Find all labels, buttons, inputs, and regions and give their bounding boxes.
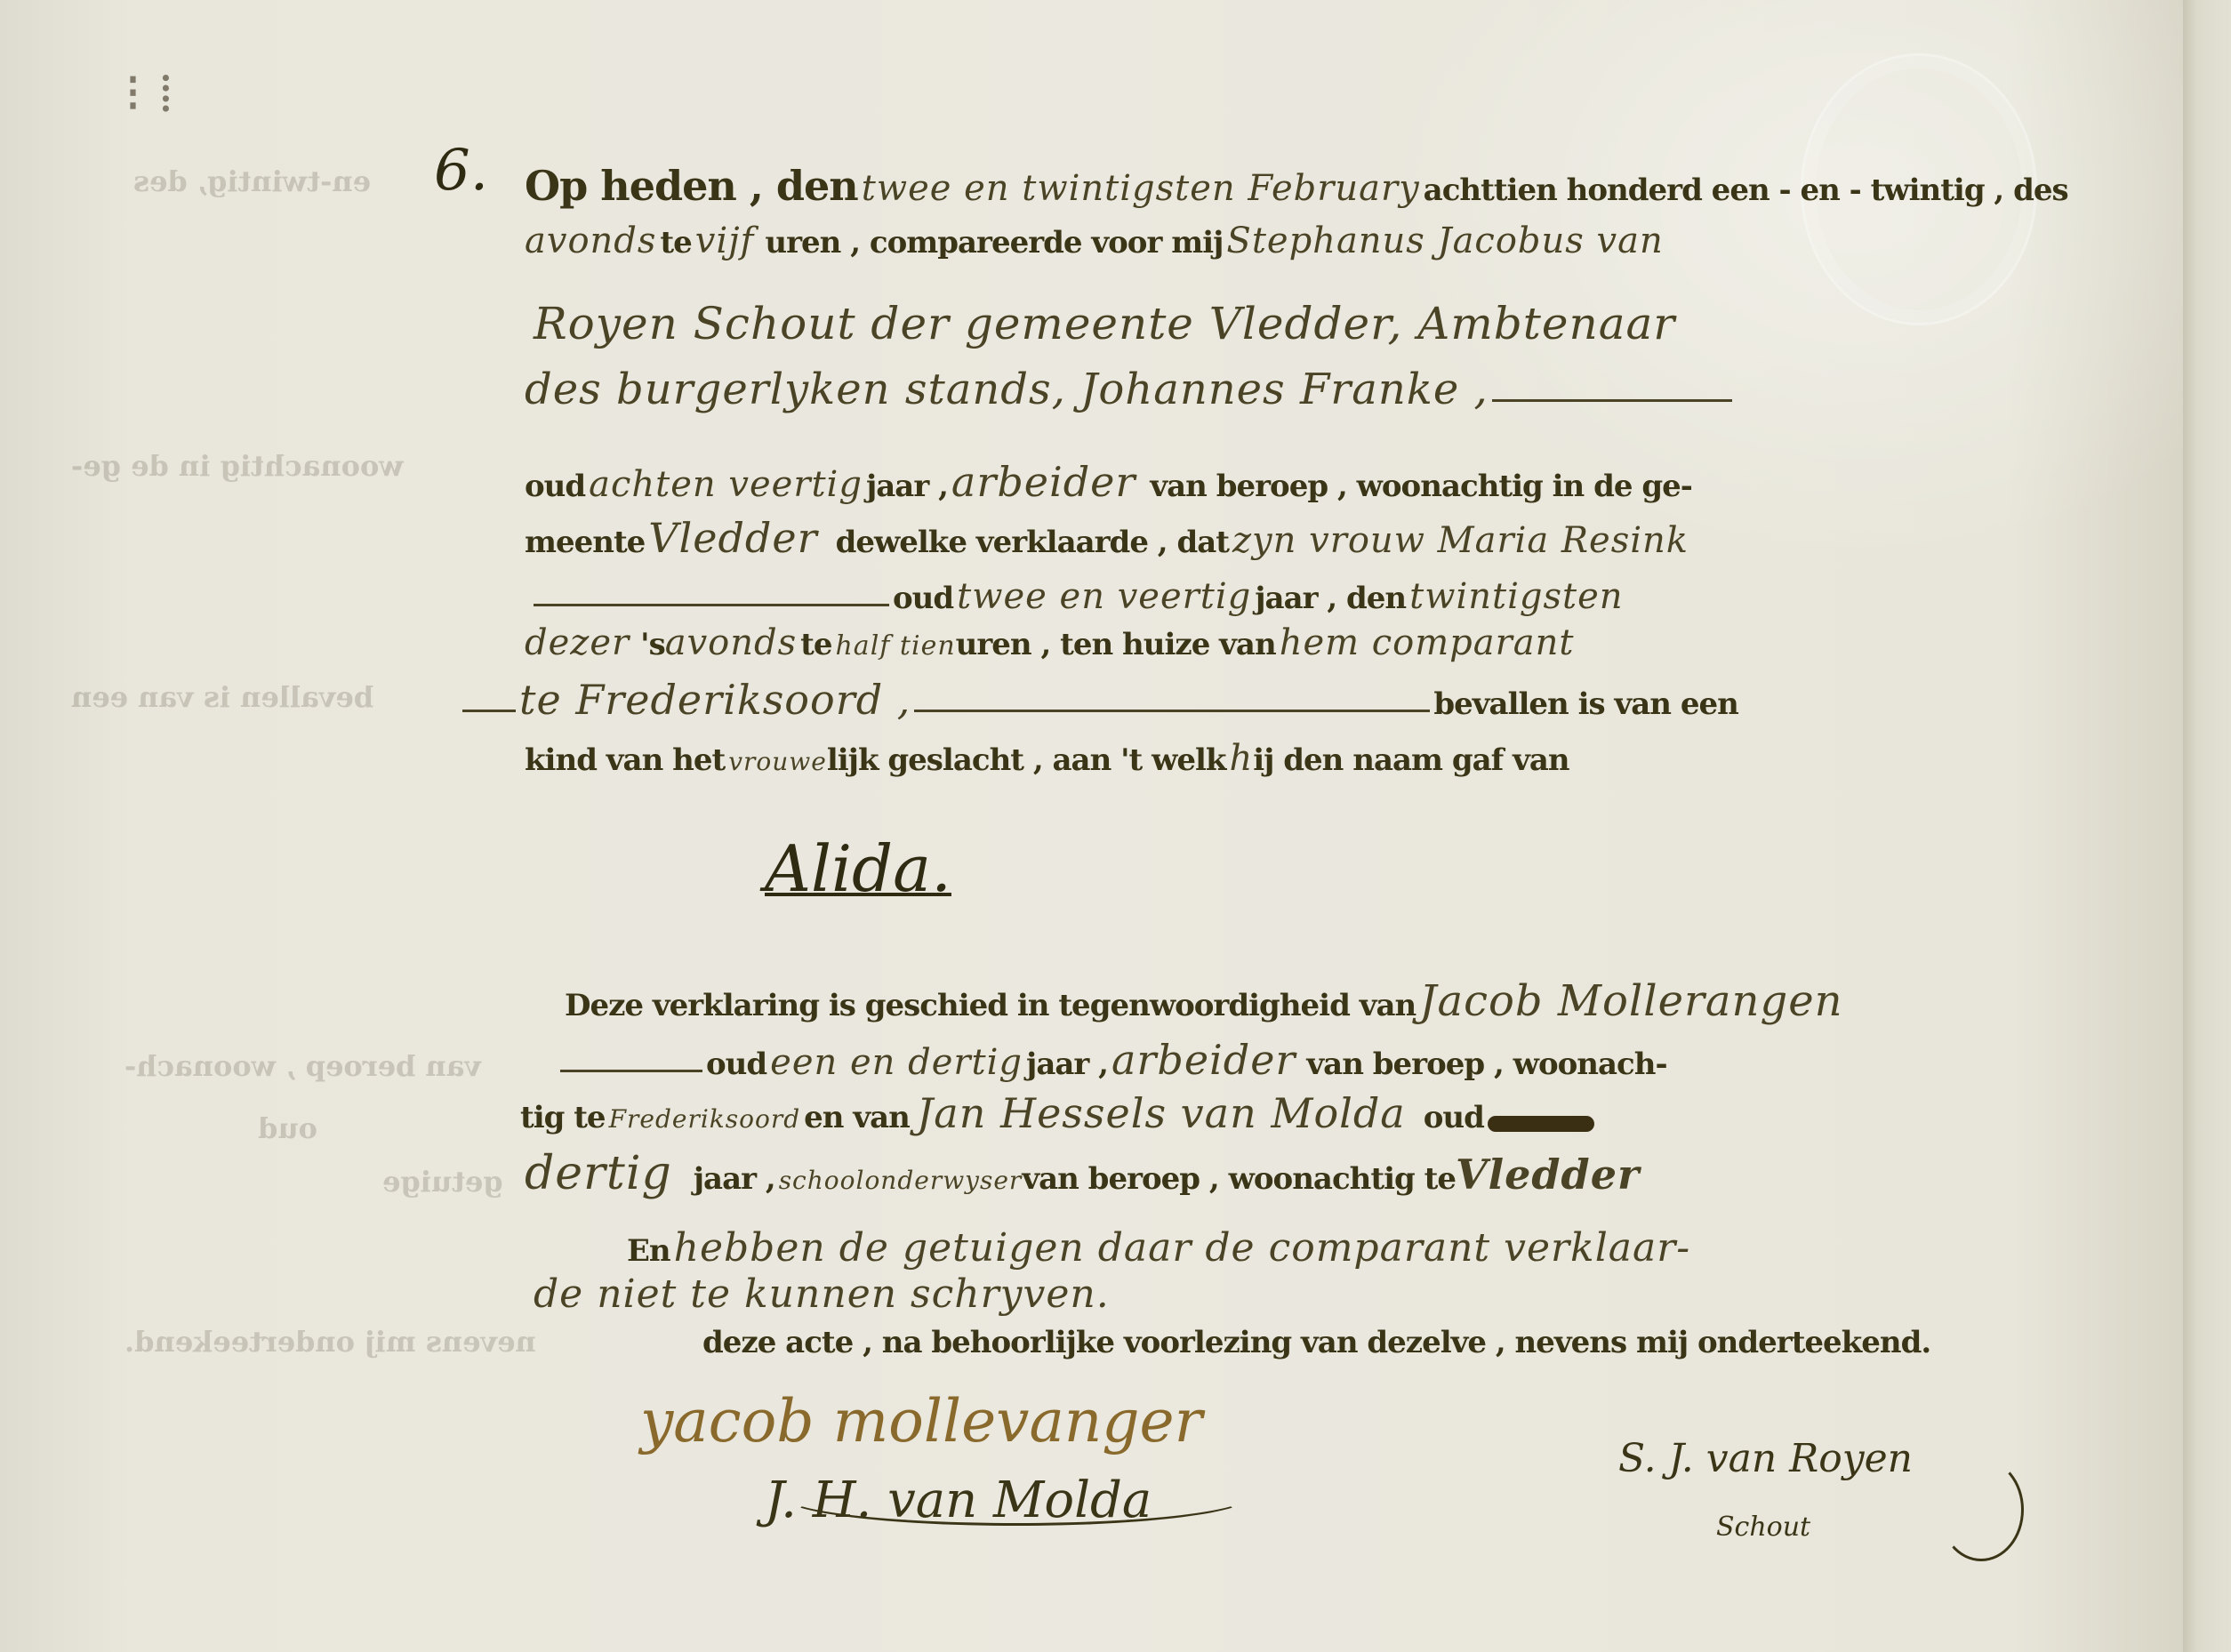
printed-text: uren , ten huize van: [956, 627, 1276, 662]
bleed-through-text: nevens mij onderteekend.: [124, 1325, 536, 1359]
handwritten-hour: half tien: [835, 630, 955, 662]
printed-text: oud: [1424, 1100, 1484, 1135]
record-line-8: dezer 'savonds te half tienuren , ten hu…: [525, 622, 1574, 663]
handwritten-occupation: schoolonderwyser: [779, 1166, 1023, 1195]
margin-marks: ⁝ ⁞: [124, 62, 173, 124]
record-line-2: avonds te vijf uren , compareerde voor m…: [525, 221, 1664, 261]
handwritten-date: twee en twintigsten February: [862, 168, 1420, 209]
record-line-7: oud twee en veertig jaar , den twintigst…: [534, 576, 1624, 617]
printed-text: en van: [804, 1100, 910, 1135]
printed-text: jaar ,: [1026, 1047, 1108, 1082]
record-line-3: Royen Schout der gemeente Vledder, Ambte…: [534, 298, 1675, 349]
handwritten-birth-day: twintigsten: [1409, 576, 1623, 617]
record-line-16: de niet te kunnen schryven.: [534, 1271, 1110, 1317]
printed-text: jaar ,: [866, 469, 948, 504]
printed-text: En: [627, 1233, 670, 1269]
handwritten-occupation: arbeider: [951, 458, 1136, 506]
printed-text: lijk geslacht , aan 't welk: [827, 742, 1226, 778]
record-line-6: meente Vledder dewelke verklaarde , dat …: [525, 514, 1689, 562]
bleed-through-text: bevallen is van een: [71, 680, 373, 714]
printed-text: te: [660, 225, 691, 261]
bleed-through-text: woonachtig in de ge-: [71, 449, 404, 483]
record-line-12: oud een en dertig jaar , arbeider van be…: [560, 1036, 1667, 1084]
printed-text: tig te: [520, 1100, 606, 1135]
printed-text: van beroep , woonach-: [1306, 1047, 1666, 1082]
record-line-15: En hebben de getuigen daar de comparant …: [627, 1225, 1690, 1271]
handwritten-text: avonds: [525, 221, 656, 261]
handwritten-age: dertig: [525, 1147, 672, 1200]
handwritten-official-name: Stephanus Jacobus van: [1226, 221, 1663, 261]
handwritten-age: een en dertig: [770, 1042, 1023, 1083]
printed-text: uren , compareerde voor mij: [765, 225, 1223, 261]
printed-text: oud: [525, 469, 585, 504]
printed-text: kind van het: [525, 742, 725, 778]
handwritten-text: hem comparant: [1280, 622, 1575, 663]
ink-blot: [1488, 1116, 1594, 1132]
child-name: Alida.: [765, 831, 951, 906]
entry-number: 6.: [434, 138, 488, 204]
record-line-9: te Frederiksoord , bevallen is van een: [462, 676, 1738, 724]
record-line-17: deze acte , na behoorlijke voorlezing va…: [702, 1325, 1930, 1360]
handwritten-text: hebben de getuigen daar de comparant ver…: [674, 1225, 1691, 1271]
handwritten-mother-name: zyn vrouw Maria Resink: [1232, 520, 1689, 561]
handwritten-witness2-name: Jan Hessels van Molda: [917, 1089, 1406, 1137]
record-line-1: Op heden , den twee en twintigsten Febru…: [525, 162, 2068, 210]
printed-text: oud: [893, 581, 953, 616]
signature-flourish: [1938, 1458, 2024, 1561]
handwritten-witness1-name: Jacob Mollerangen: [1419, 976, 1842, 1026]
printed-text: Deze verklaring is geschied in tegenwoor…: [565, 988, 1416, 1023]
bleed-through-text: en-twintig, des: [133, 164, 371, 198]
record-line-5: oud achten veertig jaar , arbeider van b…: [525, 458, 1692, 506]
fill-line: [914, 710, 1430, 712]
handwritten-occupation: arbeider: [1111, 1036, 1296, 1084]
record-line-13: tig te Frederiksoord en van Jan Hessels …: [520, 1089, 1594, 1137]
printed-text: 's: [640, 627, 665, 662]
handwritten-place: Vledder: [648, 514, 817, 562]
printed-text: deze acte , na behoorlijke voorlezing va…: [702, 1325, 1930, 1360]
record-line-4: des burgerlyken stands, Johannes Franke …: [525, 365, 1732, 414]
handwritten-birth-place: te Frederiksoord ,: [519, 676, 911, 724]
printed-text: te: [800, 627, 831, 662]
printed-text: achttien honderd een - en - twintig , de…: [1424, 172, 2068, 208]
handwritten-declarant-name: des burgerlyken stands, Johannes Franke …: [525, 365, 1489, 414]
bleed-through-text: van beroep , woonach-: [124, 1049, 481, 1083]
fill-line: [1492, 399, 1732, 402]
printed-text: bevallen is van een: [1433, 686, 1737, 722]
signature-flourish: [782, 1467, 1250, 1526]
handwritten-text: h: [1229, 738, 1253, 779]
printed-text: ij den naam gaf van: [1253, 742, 1569, 778]
printed-text: van beroep , woonachtig in de ge-: [1150, 469, 1692, 504]
handwritten-age: twee en veertig: [957, 576, 1251, 617]
printed-text: Op heden , den: [525, 162, 858, 210]
printed-text: jaar , den: [1255, 581, 1406, 616]
record-line-11: Deze verklaring is geschied in tegenwoor…: [565, 976, 1843, 1026]
record-line-14: dertig jaar , schoolonderwyservan beroep…: [525, 1147, 1640, 1200]
signature-official: S. J. van Royen: [1618, 1436, 1913, 1481]
signature-witness-1: yacob mollevanger: [640, 1387, 1202, 1456]
handwritten-place: Frederiksoord: [609, 1104, 801, 1134]
handwritten-sex: vrouwe: [728, 747, 827, 776]
printed-text: jaar ,: [694, 1161, 775, 1197]
handwritten-hour: vijf: [695, 221, 755, 261]
signature-official-title: Schout: [1716, 1512, 1810, 1543]
printed-text: dewelke verklaarde , dat: [836, 525, 1229, 560]
printed-text: meente: [525, 525, 645, 560]
record-line-10: kind van het vrouwelijk geslacht , aan '…: [525, 738, 1569, 779]
bleed-through-text: getuige: [382, 1165, 503, 1199]
handwritten-place: Vledder: [1456, 1151, 1640, 1199]
fill-line: [462, 710, 516, 712]
fill-line: [560, 1070, 702, 1072]
handwritten-age: achten veertig: [589, 464, 863, 505]
fill-line: [534, 604, 889, 606]
printed-text: oud: [706, 1047, 766, 1082]
printed-text: van beroep , woonachtig te: [1022, 1161, 1456, 1197]
handwritten-text: dezer: [525, 622, 630, 663]
handwritten-text: Royen Schout der gemeente Vledder, Ambte…: [534, 298, 1675, 349]
bleed-through-text: oud: [258, 1111, 317, 1145]
handwritten-text: de niet te kunnen schryven.: [534, 1271, 1110, 1317]
handwritten-text: avonds: [665, 622, 797, 663]
page-edge: [2183, 0, 2231, 1652]
